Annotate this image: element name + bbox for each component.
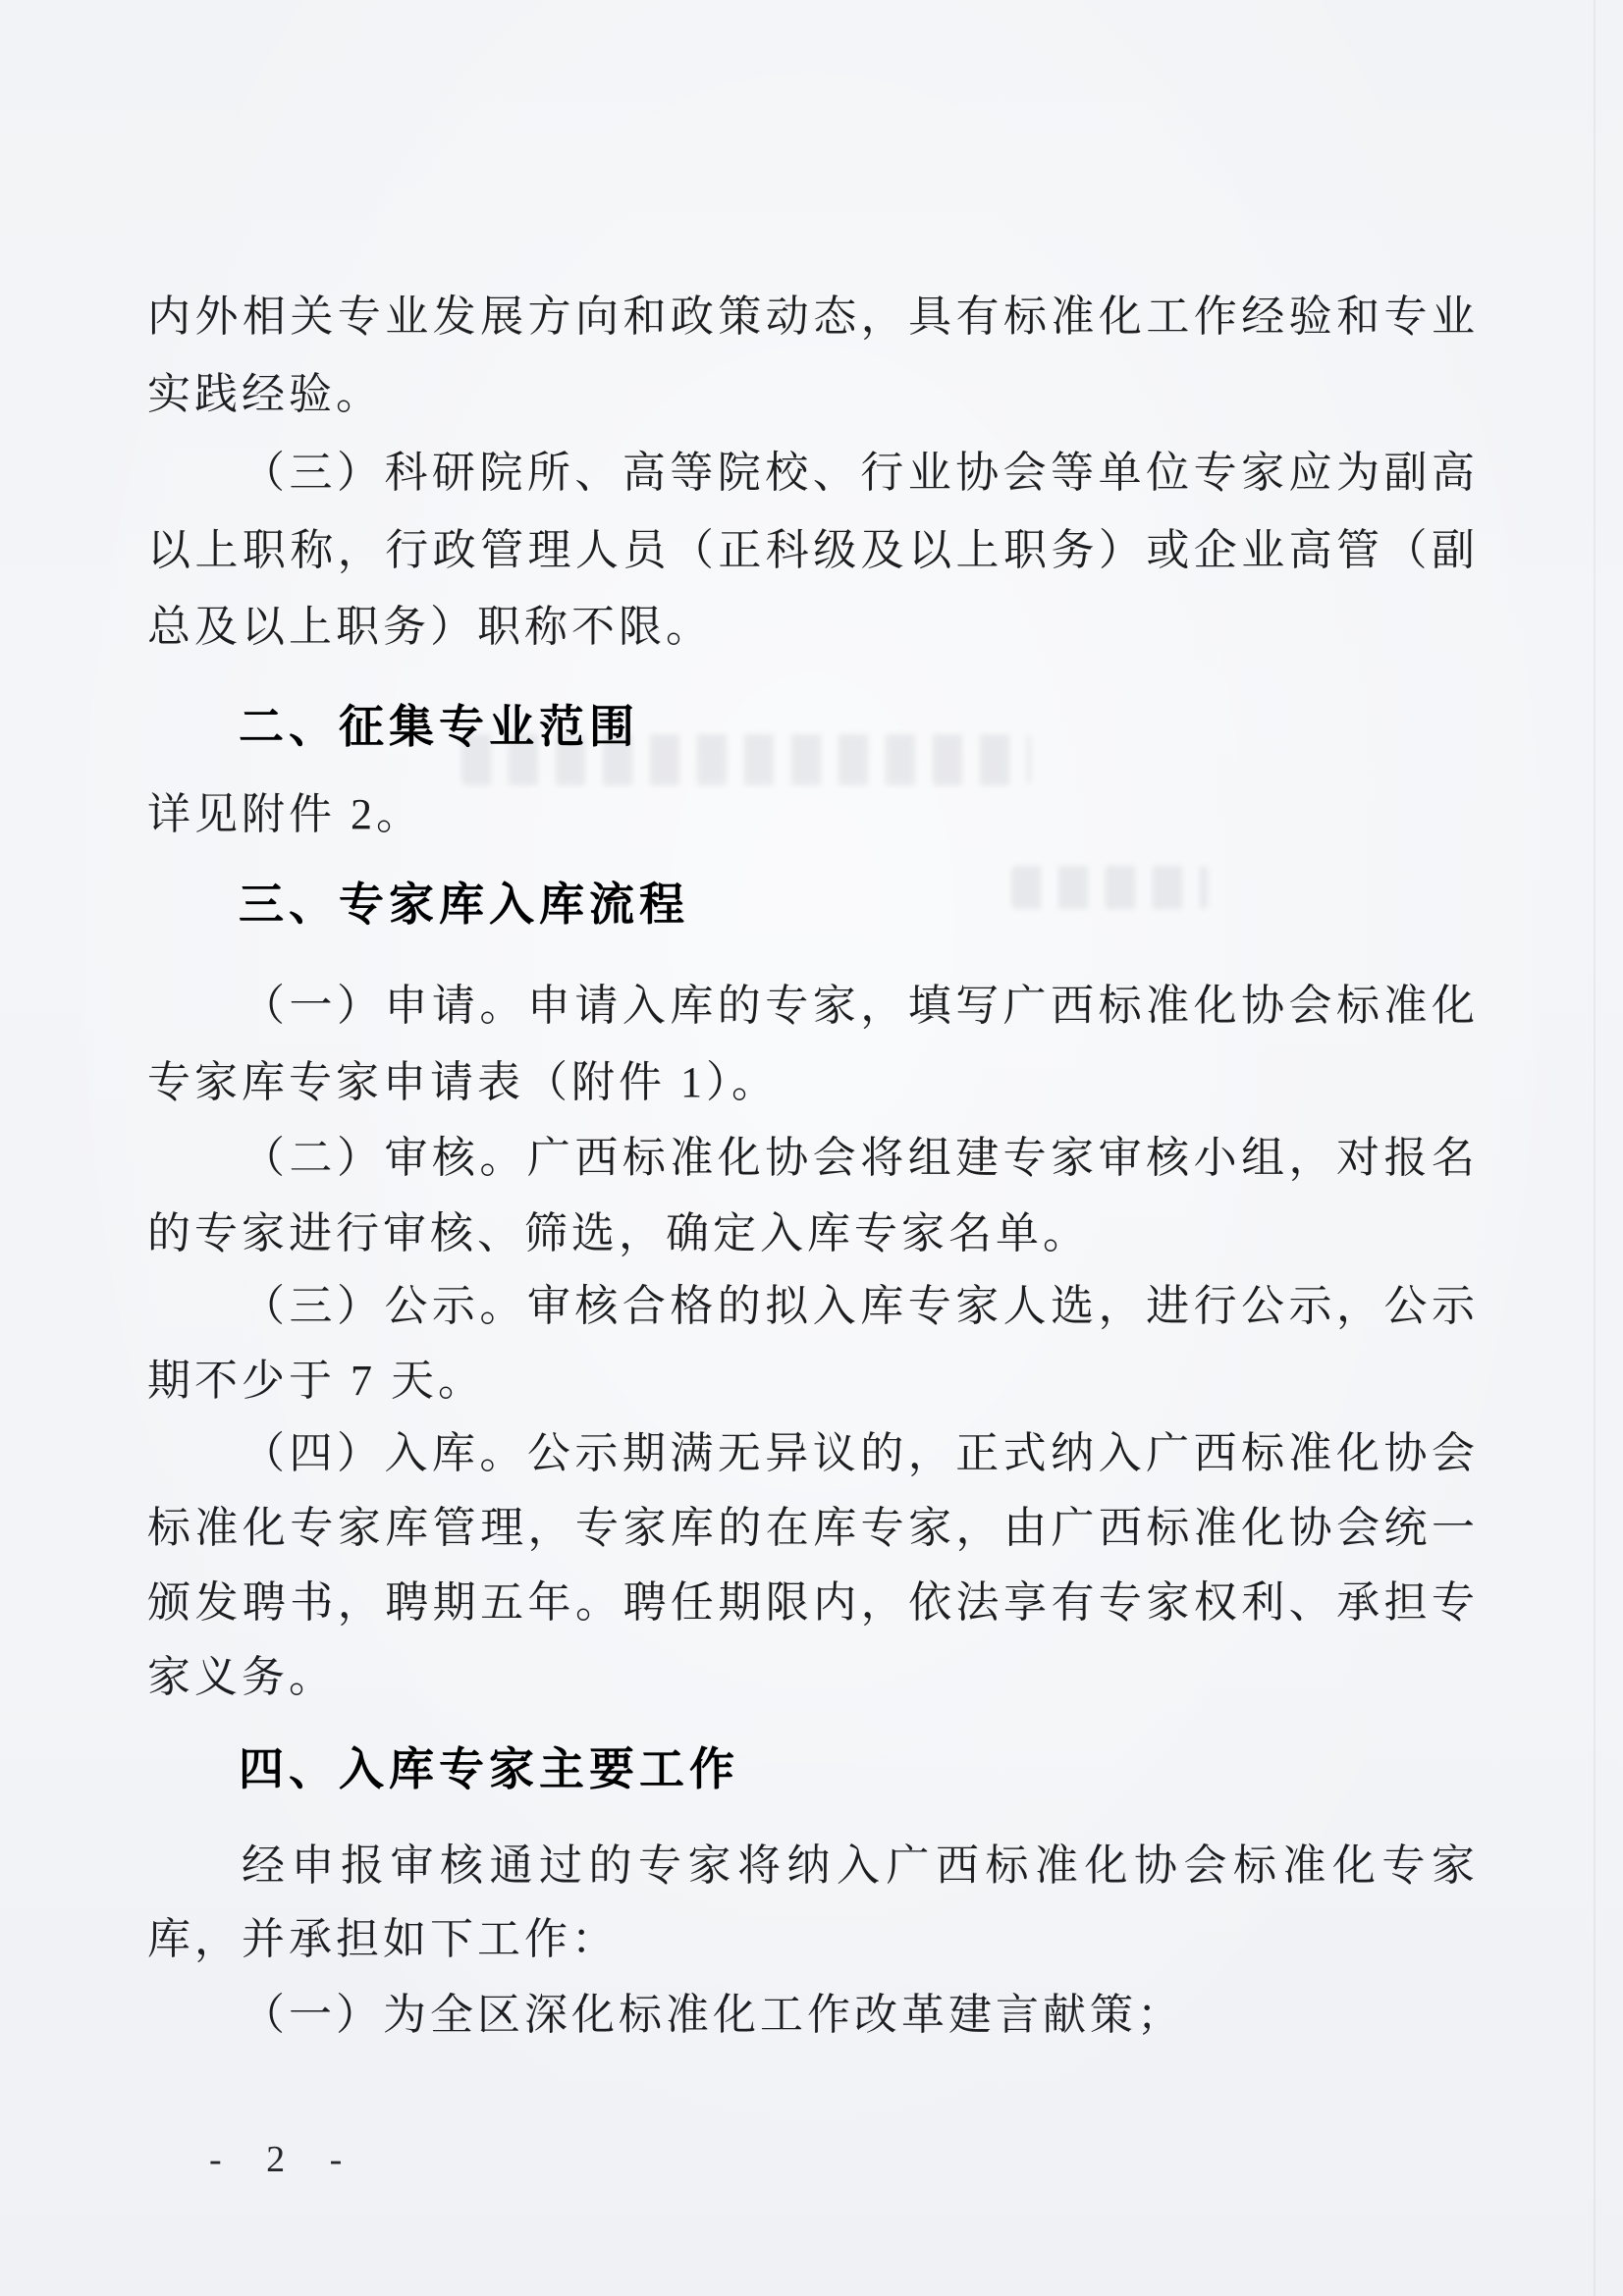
text-line: 内外相关专业发展方向和政策动态，具有标准化工作经验和专业 [147,293,1479,342]
scan-edge-artifact [1594,0,1596,2296]
text-line: 颁发聘书，聘期五年。聘任期限内，依法享有专家权利、承担专 [147,1578,1479,1628]
text-line: 以上职称，行政管理人员（正科级及以上职务）或企业高管（副 [147,526,1479,575]
text-line: 期不少于 7 天。 [147,1357,1479,1406]
text-line: （二）审核。广西标准化协会将组建专家审核小组，对报名 [147,1134,1479,1183]
text-line: 标准化专家库管理，专家库的在库专家，由广西标准化协会统一 [147,1504,1479,1553]
bleed-through-artifact [1011,866,1208,909]
text-line: 详见附件 2。 [147,790,1479,839]
section-heading-3: 三、专家库入库流程 [239,879,689,930]
text-line: 实践经验。 [147,370,1479,419]
document-page: 内外相关专业发展方向和政策动态，具有标准化工作经验和专业 实践经验。 （三）科研… [0,0,1623,2296]
text-line: 家义务。 [147,1653,1479,1702]
section-heading-2: 二、征集专业范围 [239,701,639,752]
text-line: 专家库专家申请表（附件 1）。 [147,1058,1479,1107]
text-line: 库，并承担如下工作： [147,1915,1479,1964]
text-line: 总及以上职务）职称不限。 [147,603,1479,652]
text-line: （三）公示。审核合格的拟入库专家人选，进行公示，公示 [147,1282,1479,1331]
text-line: 的专家进行审核、筛选，确定入库专家名单。 [147,1209,1479,1258]
text-line: 经申报审核通过的专家将纳入广西标准化协会标准化专家 [147,1842,1479,1891]
text-line: （三）科研院所、高等院校、行业协会等单位专家应为副高 [147,449,1479,498]
text-line: （一）为全区深化标准化工作改革建言献策； [147,1991,1479,2040]
text-line: （一）申请。申请入库的专家，填写广西标准化协会标准化 [147,982,1479,1031]
section-heading-4: 四、入库专家主要工作 [239,1743,739,1794]
text-line: （四）入库。公示期满无异议的，正式纳入广西标准化协会 [147,1429,1479,1478]
page-number: - 2 - [209,2138,359,2181]
